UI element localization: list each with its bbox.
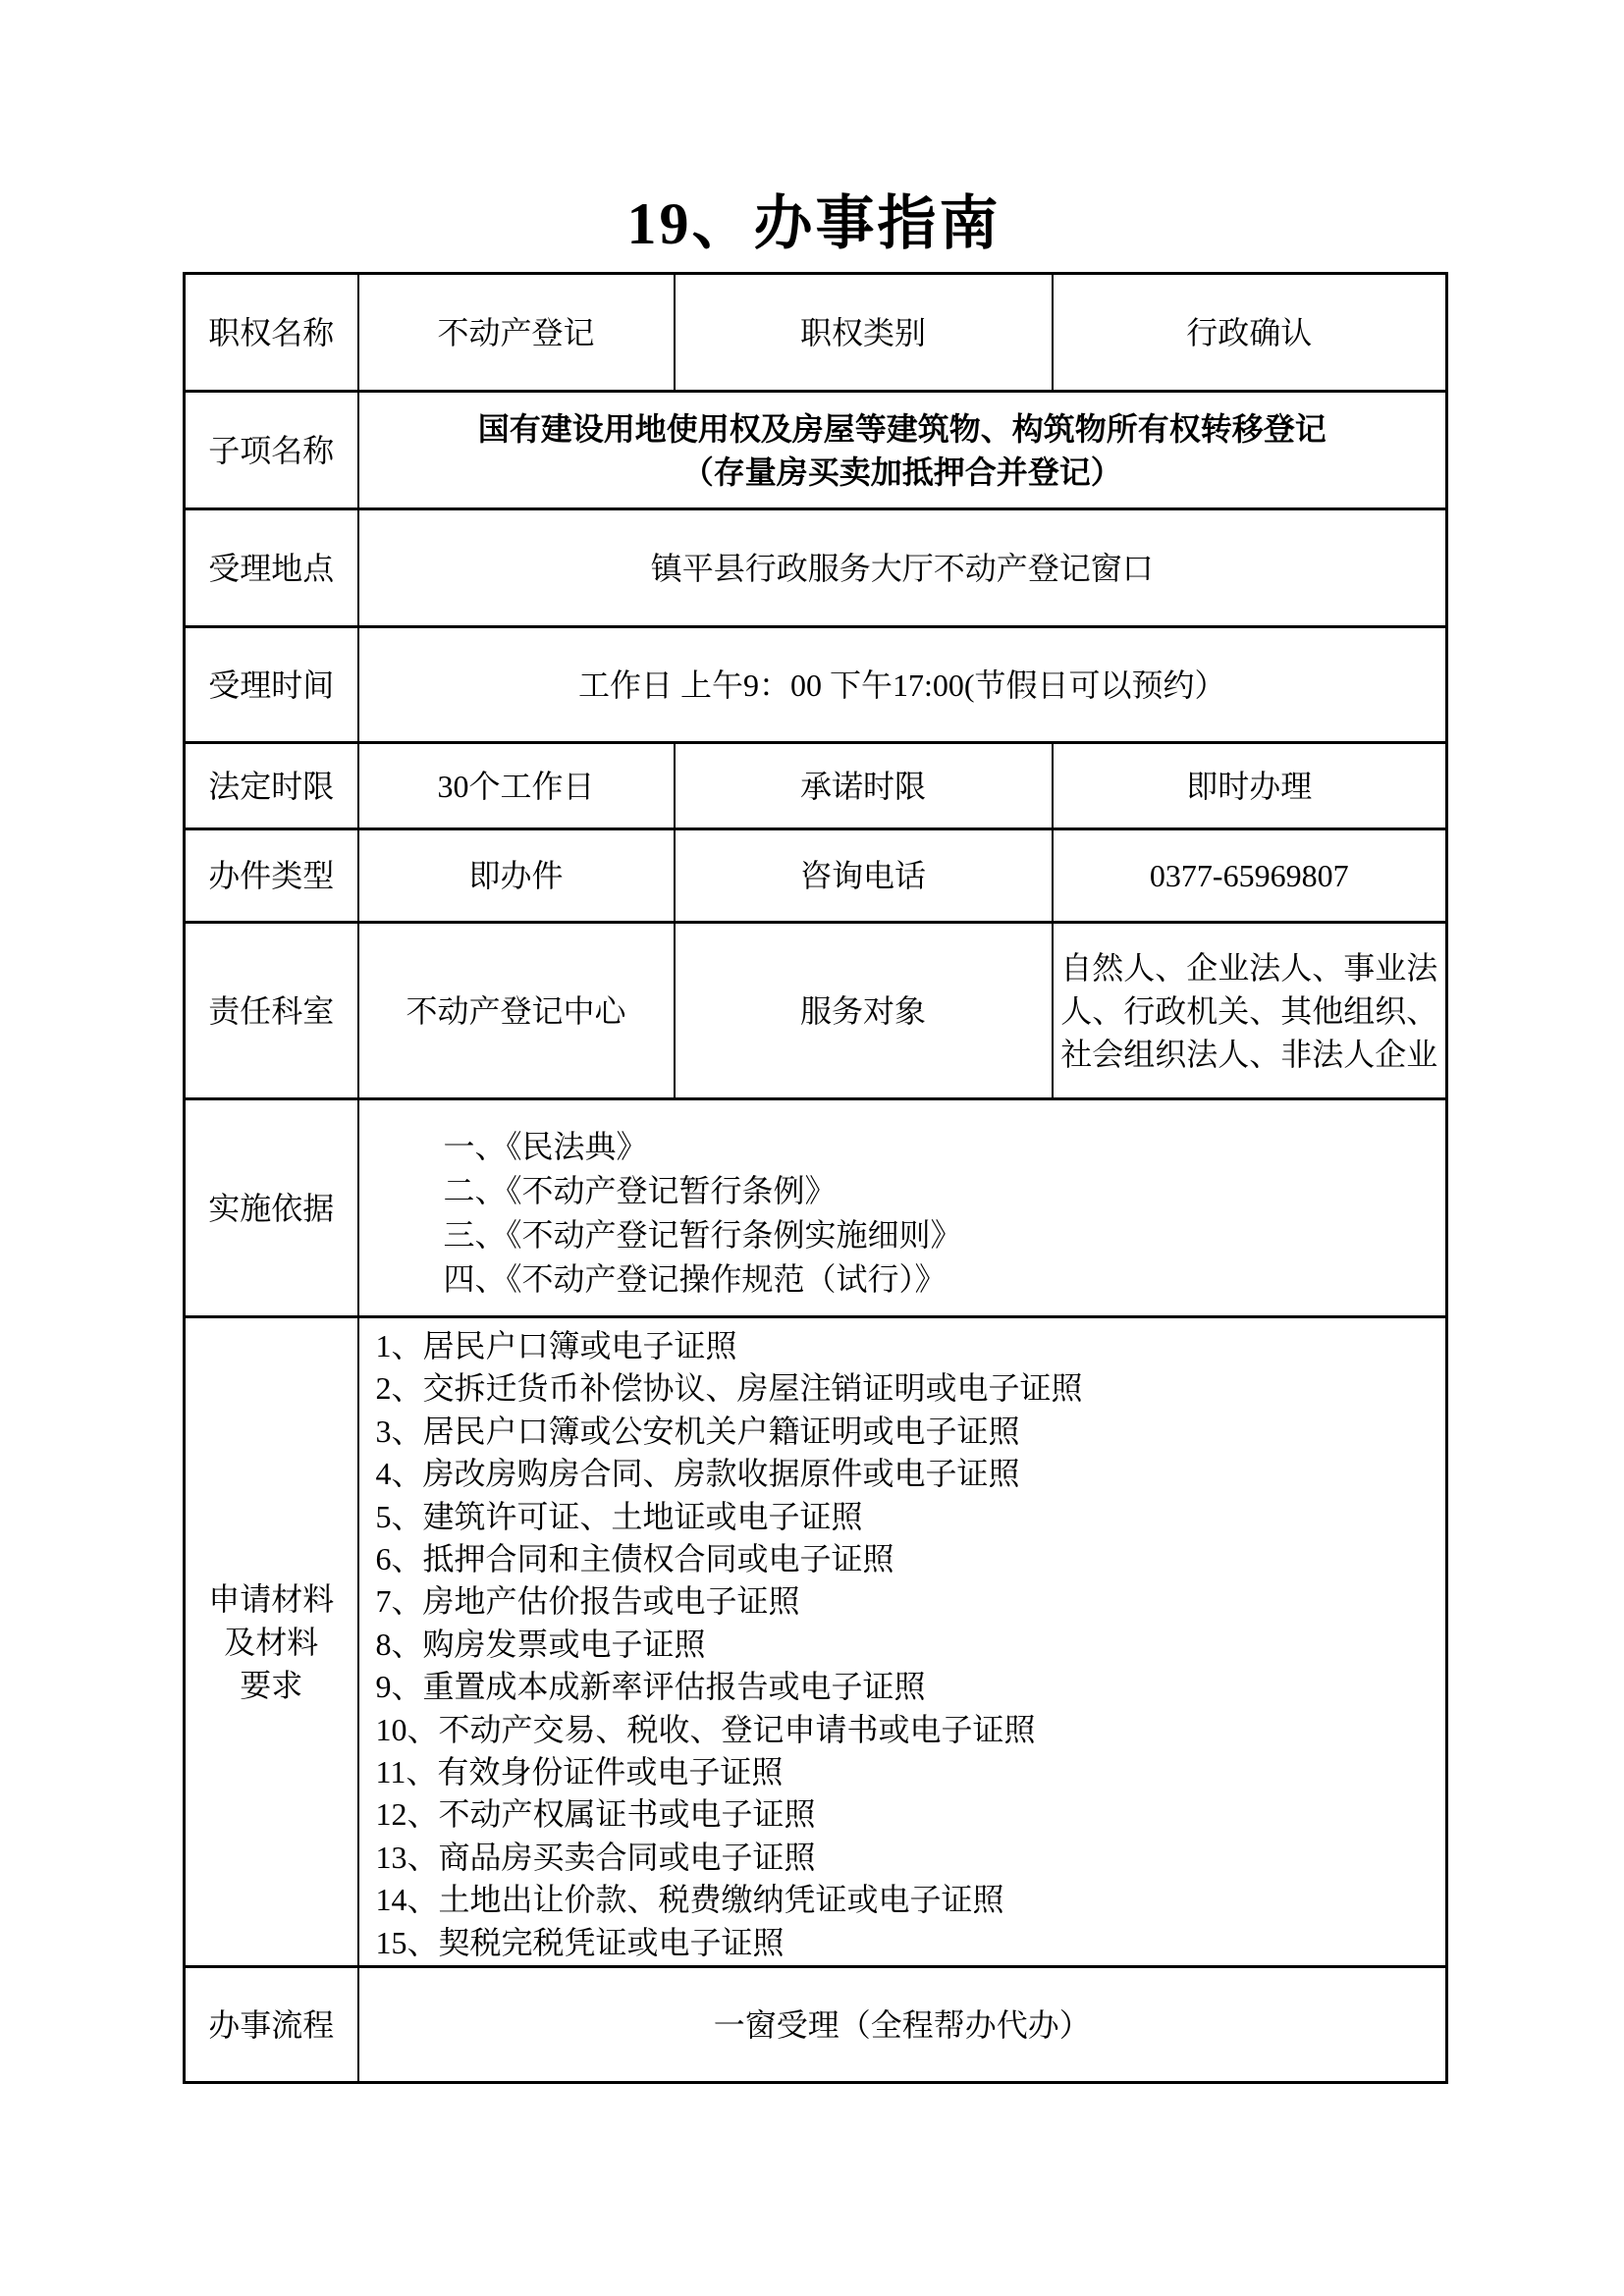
case-type-value: 即办件 (358, 829, 675, 923)
material-item: 7、房地产估价报告或电子证照 (376, 1580, 1438, 1623)
consultation-phone-value: 0377-65969807 (1053, 829, 1447, 923)
implementation-basis-cell: 一、《民法典》 二、《不动产登记暂行条例》 三、《不动产登记暂行条例实施细则》 … (358, 1099, 1447, 1317)
table-row: 受理时间 工作日 上午9：00 下午17:00(节假日可以预约） (185, 627, 1447, 743)
material-item: 13、商品房买卖合同或电子证照 (376, 1837, 1438, 1879)
service-guide-table: 职权名称 不动产登记 职权类别 行政确认 子项名称 国有建设用地使用权及房屋等建… (183, 272, 1448, 2084)
material-item: 12、不动产权属证书或电子证照 (376, 1793, 1438, 1836)
responsible-office-value: 不动产登记中心 (358, 923, 675, 1099)
table-row: 法定时限 30个工作日 承诺时限 即时办理 (185, 743, 1447, 829)
material-item: 10、不动产交易、税收、登记申请书或电子证照 (376, 1709, 1438, 1751)
implementation-basis-label: 实施依据 (185, 1099, 358, 1317)
material-item: 9、重置成本成新率评估报告或电子证照 (376, 1666, 1438, 1708)
material-item: 2、交拆迁货币补偿协议、房屋注销证明或电子证照 (376, 1367, 1438, 1410)
table-row: 受理地点 镇平县行政服务大厅不动产登记窗口 (185, 509, 1447, 627)
page-title: 19、办事指南 (183, 185, 1445, 263)
authority-name-label: 职权名称 (185, 274, 358, 392)
sub-item-name-label: 子项名称 (185, 392, 358, 509)
table-row: 办事流程 一窗受理（全程帮办代办） (185, 1967, 1447, 2083)
promised-time-limit-label: 承诺时限 (675, 743, 1053, 829)
material-item: 4、房改房购房合同、房款收据原件或电子证照 (376, 1453, 1438, 1495)
service-target-label: 服务对象 (675, 923, 1053, 1099)
authority-name-value: 不动产登记 (358, 274, 675, 392)
application-materials-cell: 1、居民户口簿或电子证照 2、交拆迁货币补偿协议、房屋注销证明或电子证照 3、居… (358, 1317, 1447, 1967)
basis-item: 四、《不动产登记操作规范（试行）》 (444, 1257, 1436, 1302)
service-target-value: 自然人、企业法人、事业法人、行政机关、其他组织、社会组织法人、非法人企业 (1053, 923, 1447, 1099)
statutory-time-limit-value: 30个工作日 (358, 743, 675, 829)
material-item: 6、抵押合同和主债权合同或电子证照 (376, 1538, 1438, 1580)
consultation-phone-label: 咨询电话 (675, 829, 1053, 923)
application-materials-label: 申请材料 及材料 要求 (185, 1317, 358, 1967)
sub-item-name-value: 国有建设用地使用权及房屋等建筑物、构筑物所有权转移登记 （存量房买卖加抵押合并登… (358, 392, 1447, 509)
material-item: 5、建筑许可证、土地证或电子证照 (376, 1496, 1438, 1538)
material-item: 8、购房发票或电子证照 (376, 1624, 1438, 1666)
acceptance-time-value: 工作日 上午9：00 下午17:00(节假日可以预约） (358, 627, 1447, 743)
material-item: 3、居民户口簿或公安机关户籍证明或电子证照 (376, 1411, 1438, 1453)
table-row: 申请材料 及材料 要求 1、居民户口簿或电子证照 2、交拆迁货币补偿协议、房屋注… (185, 1317, 1447, 1967)
table-row: 办件类型 即办件 咨询电话 0377-65969807 (185, 829, 1447, 923)
table-row: 子项名称 国有建设用地使用权及房屋等建筑物、构筑物所有权转移登记 （存量房买卖加… (185, 392, 1447, 509)
service-process-label: 办事流程 (185, 1967, 358, 2083)
statutory-time-limit-label: 法定时限 (185, 743, 358, 829)
material-item: 11、有效身份证件或电子证照 (376, 1751, 1438, 1793)
table-row: 实施依据 一、《民法典》 二、《不动产登记暂行条例》 三、《不动产登记暂行条例实… (185, 1099, 1447, 1317)
authority-type-value: 行政确认 (1053, 274, 1447, 392)
service-process-value: 一窗受理（全程帮办代办） (358, 1967, 1447, 2083)
table-row: 责任科室 不动产登记中心 服务对象 自然人、企业法人、事业法人、行政机关、其他组… (185, 923, 1447, 1099)
material-item: 14、土地出让价款、税费缴纳凭证或电子证照 (376, 1879, 1438, 1921)
basis-item: 一、《民法典》 (444, 1125, 1436, 1169)
case-type-label: 办件类型 (185, 829, 358, 923)
document-page: 19、办事指南 职权名称 不动产登记 职权类别 行政确认 子项名称 国有建设用地… (0, 0, 1624, 2296)
implementation-basis-list: 一、《民法典》 二、《不动产登记暂行条例》 三、《不动产登记暂行条例实施细则》 … (359, 1115, 1446, 1302)
application-materials-list: 1、居民户口簿或电子证照 2、交拆迁货币补偿协议、房屋注销证明或电子证照 3、居… (359, 1319, 1446, 1964)
acceptance-place-value: 镇平县行政服务大厅不动产登记窗口 (358, 509, 1447, 627)
basis-item: 三、《不动产登记暂行条例实施细则》 (444, 1213, 1436, 1257)
basis-item: 二、《不动产登记暂行条例》 (444, 1169, 1436, 1213)
table-row: 职权名称 不动产登记 职权类别 行政确认 (185, 274, 1447, 392)
acceptance-place-label: 受理地点 (185, 509, 358, 627)
material-item: 15、契税完税凭证或电子证照 (376, 1922, 1438, 1964)
acceptance-time-label: 受理时间 (185, 627, 358, 743)
promised-time-limit-value: 即时办理 (1053, 743, 1447, 829)
responsible-office-label: 责任科室 (185, 923, 358, 1099)
material-item: 1、居民户口簿或电子证照 (376, 1325, 1438, 1367)
authority-type-label: 职权类别 (675, 274, 1053, 392)
